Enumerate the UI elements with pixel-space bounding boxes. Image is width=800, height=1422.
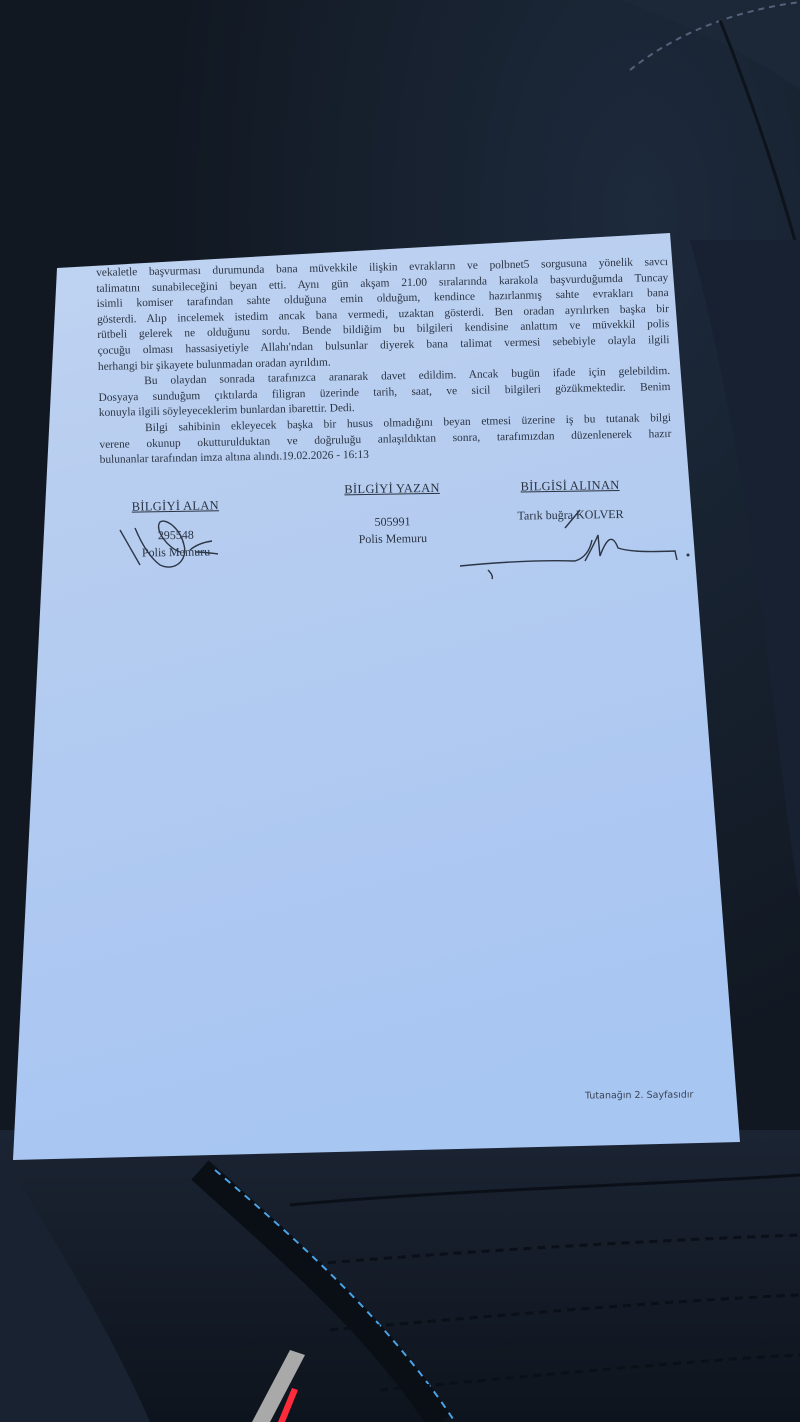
signature-informant: BİLGİSİ ALINAN Tarık buğra KOLVER [490,478,651,525]
signature-received-by: BİLGİYİ ALAN 295548 Polis Memuru [110,484,241,561]
officer-id: 295548 [111,527,241,544]
informant-name: Tarık buğra KOLVER [490,507,650,525]
officer-role: Polis Memuru [323,530,463,547]
officer-role: Polis Memuru [111,544,241,561]
signature-title: BİLGİYİ ALAN [110,498,240,515]
page-footer: Tutanağın 2. Sayfasıdır [585,1089,693,1101]
officer-id: 505991 [322,513,462,530]
document-body: vekaletle başvurması durumunda bana müve… [96,255,672,469]
paragraph-1: vekaletle başvurması durumunda bana müve… [96,255,670,375]
signature-title: BİLGİYİ YAZAN [322,480,462,497]
signature-written-by: BİLGİYİ YAZAN 505991 Polis Memuru [322,480,463,547]
signature-block: BİLGİYİ ALAN 295548 Polis Memuru BİLGİYİ… [110,477,711,586]
signature-title: BİLGİSİ ALINAN [490,478,650,496]
